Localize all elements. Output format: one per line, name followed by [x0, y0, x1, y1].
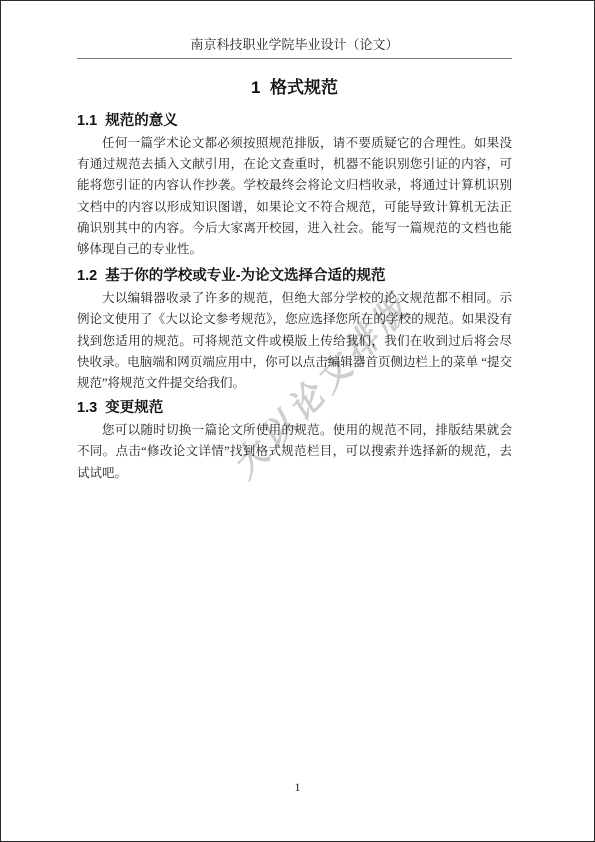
section-paragraph-1-1: 任何一篇学术论文都必须按照规范排版，请不要质疑它的合理性。如果没有通过规范去插入…	[77, 133, 512, 260]
section-heading-1-1: 1.1 规范的意义	[77, 111, 512, 131]
chapter-title: 1 格式规范	[77, 75, 512, 101]
page-content: 南京科技职业学院毕业设计（论文） 1 格式规范 1.1 规范的意义 任何一篇学术…	[1, 37, 594, 484]
section-paragraph-1-2: 大以编辑器收录了许多的规范，但绝大部分学校的论文规范都不相同。示例论文使用了《大…	[77, 288, 512, 394]
section-heading-1-2: 1.2 基于你的学校或专业-为论文选择合适的规范	[77, 266, 512, 286]
page-number: 1	[1, 780, 594, 795]
section-heading-1-3: 1.3 变更规范	[77, 398, 512, 418]
running-header: 南京科技职业学院毕业设计（论文）	[77, 37, 512, 59]
section-paragraph-1-3: 您可以随时切换一篇论文所使用的规范。使用的规范不同，排版结果就会不同。点击“修改…	[77, 420, 512, 484]
document-page: 大以论文排版 南京科技职业学院毕业设计（论文） 1 格式规范 1.1 规范的意义…	[0, 0, 595, 842]
